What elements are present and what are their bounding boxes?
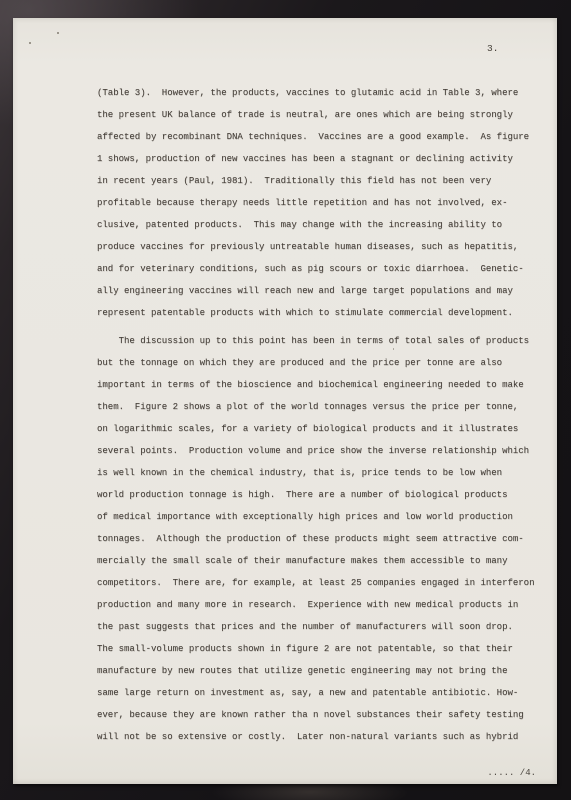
photo-background: 3. (Table 3). However, the products, vac…	[0, 0, 571, 800]
continuation-mark: ..... /4.	[487, 768, 536, 778]
document-page: 3. (Table 3). However, the products, vac…	[13, 18, 557, 784]
paper-speck	[57, 32, 59, 34]
paragraph-2: The discussion up to this point has been…	[97, 330, 549, 748]
paragraph-1: (Table 3). However, the products, vaccin…	[97, 82, 549, 324]
document-body: (Table 3). However, the products, vaccin…	[97, 82, 549, 748]
paper-speck	[29, 42, 31, 44]
page-number: 3.	[487, 43, 498, 54]
